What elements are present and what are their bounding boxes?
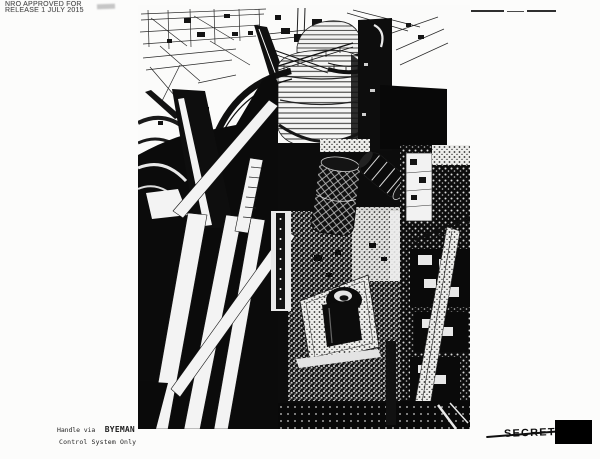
lattice-cylinder <box>311 155 362 237</box>
floor-streak <box>390 211 400 281</box>
handling-caveat-line2: Control System Only <box>59 438 136 446</box>
light-band <box>320 139 370 152</box>
redaction-box <box>555 420 592 444</box>
scan-dash <box>527 10 556 13</box>
engine-drum <box>322 299 362 347</box>
riveted-rail <box>271 211 291 311</box>
release-stamp: NRO APPROVED FOR RELEASE 1 JULY 2015 <box>5 2 84 14</box>
byeman-label: BYEMAN <box>105 425 135 434</box>
redaction-smudge <box>97 4 115 10</box>
scan-dash <box>507 11 524 13</box>
handling-caveat: Handle via BYEMAN Control System Only <box>57 417 136 446</box>
dark-structure-block <box>380 85 447 149</box>
scan-dash <box>471 10 504 13</box>
facility-photo <box>138 5 470 429</box>
floor-bottom <box>278 403 400 429</box>
release-stamp-line2: RELEASE 1 JULY 2015 <box>5 8 84 14</box>
ribbed-tank <box>278 50 364 147</box>
document-page: NRO APPROVED FOR RELEASE 1 JULY 2015 <box>0 0 600 459</box>
handling-caveat-prefix: Handle via <box>57 426 95 434</box>
machinery-wall <box>400 145 470 429</box>
